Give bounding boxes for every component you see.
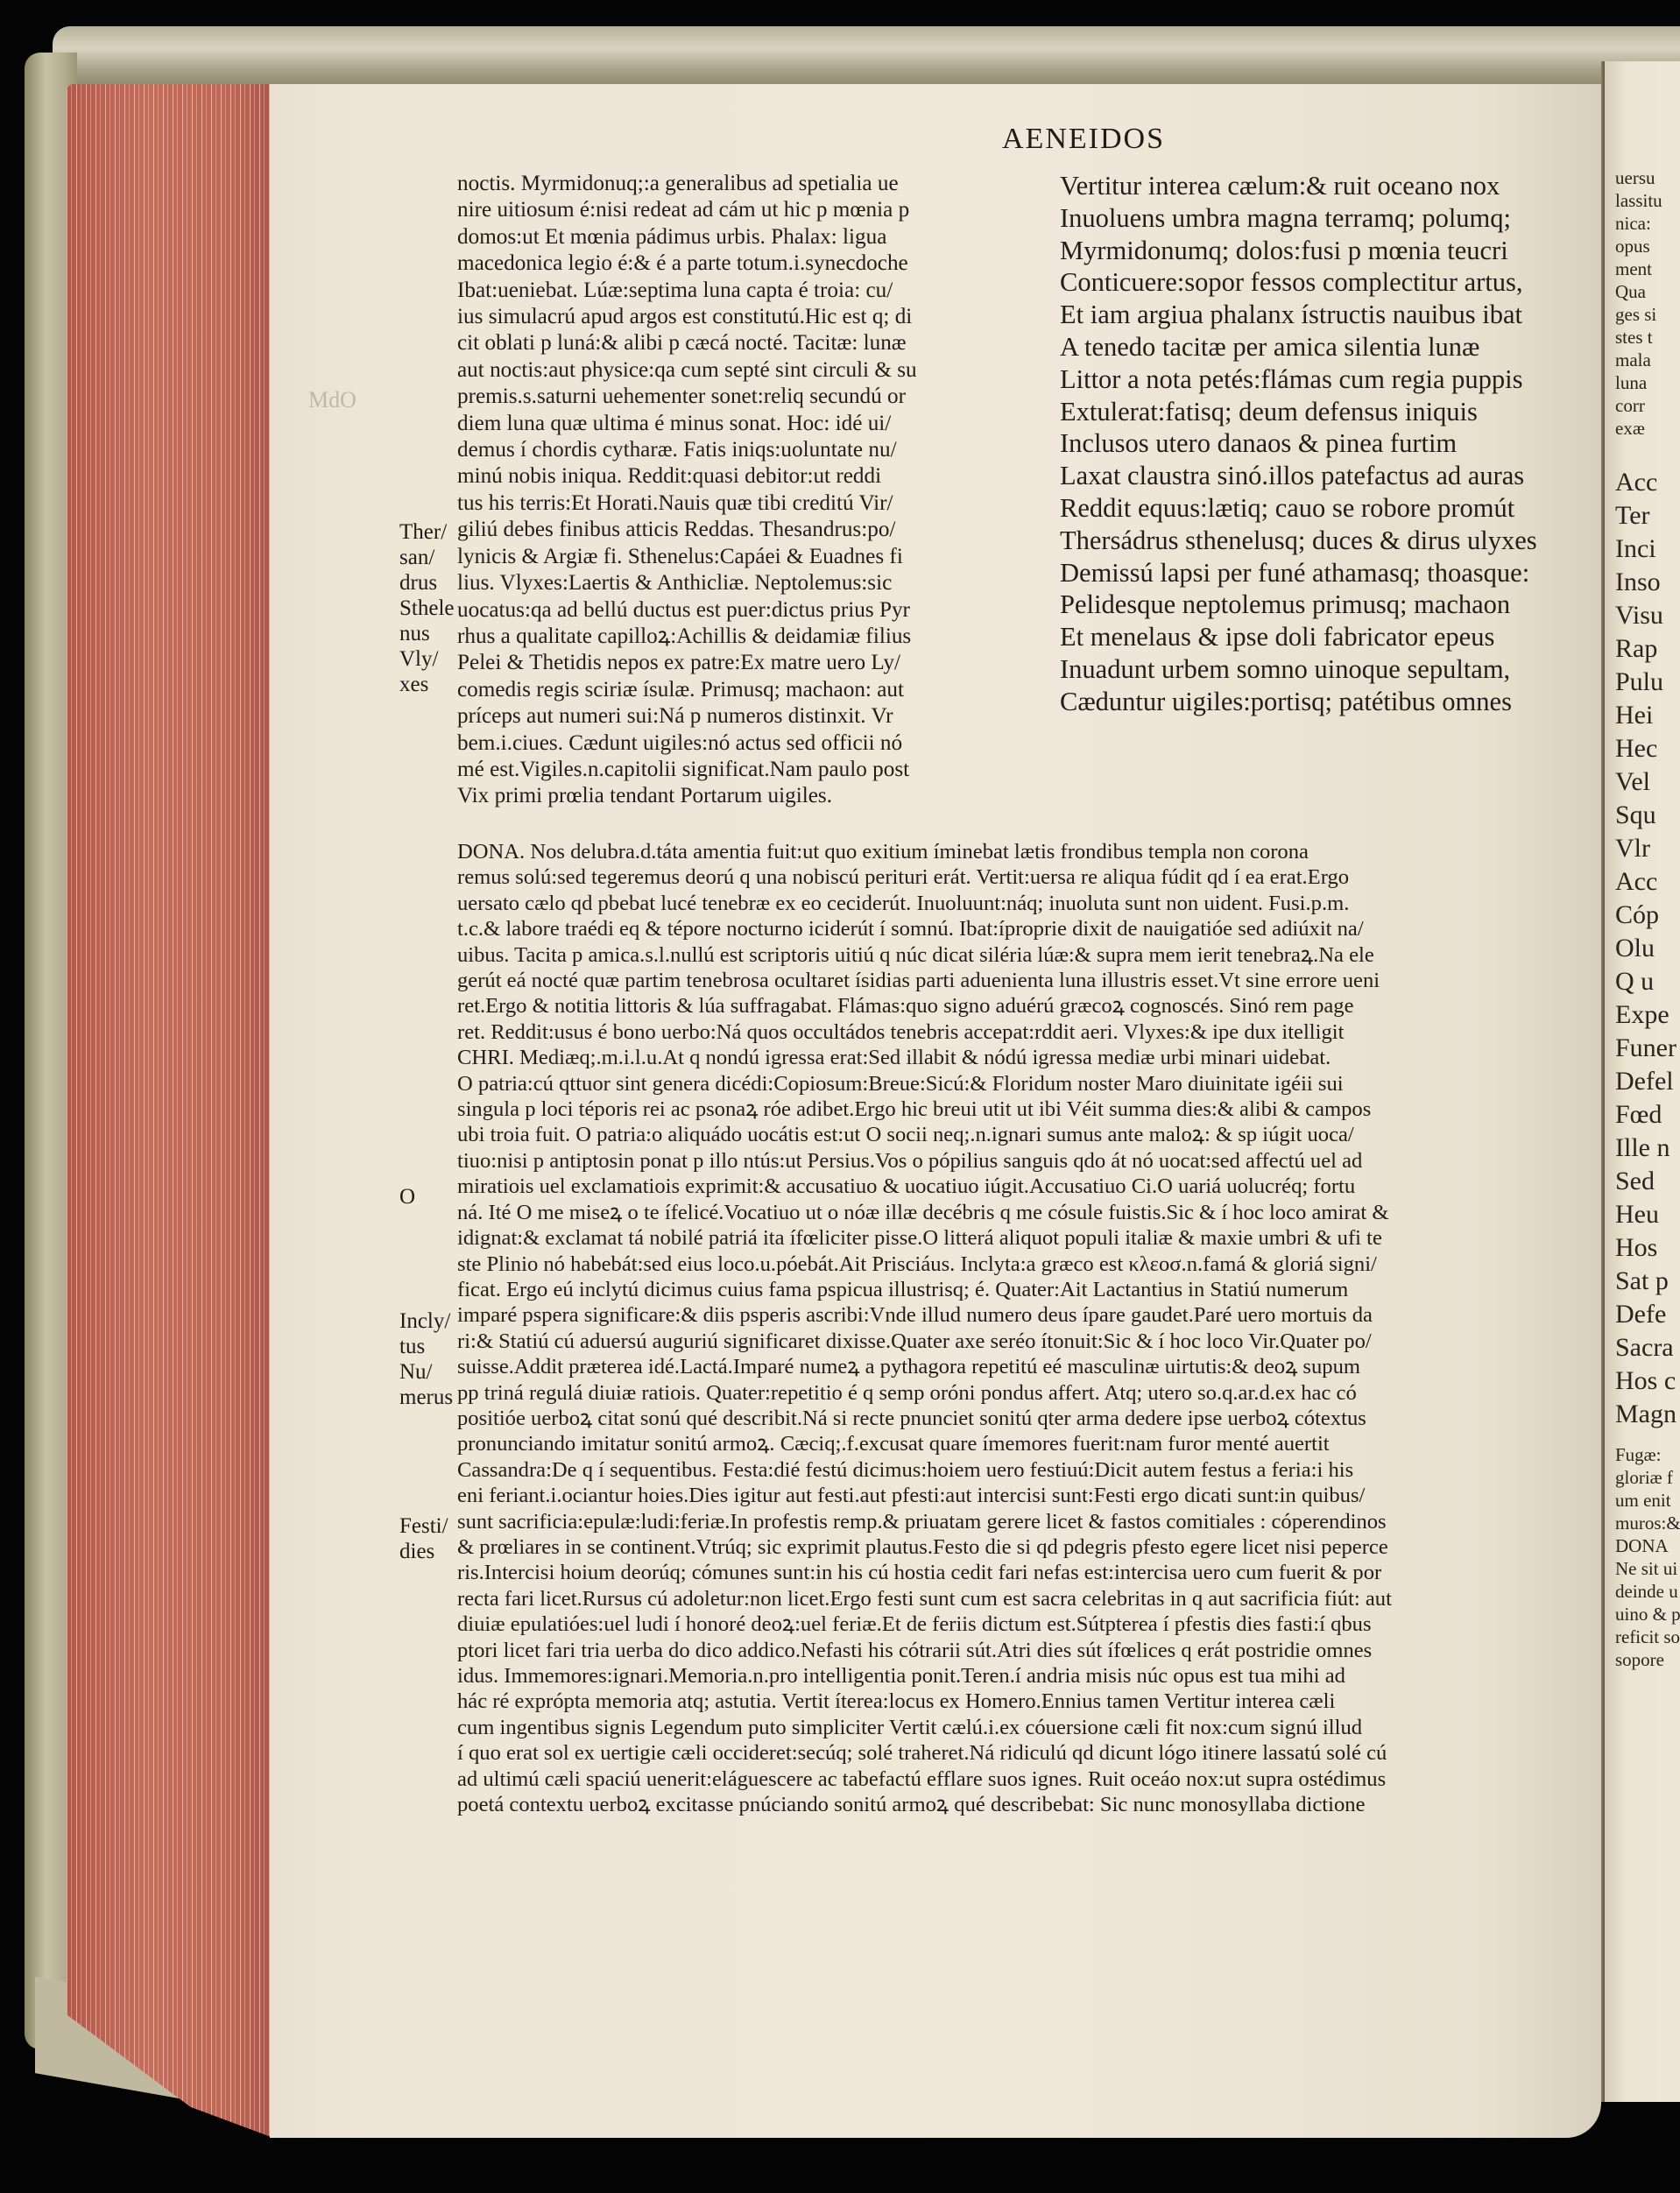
marginal-note-line: dies [399,1539,448,1564]
verse-line: A tenedo tacitæ per amica silentia lunæ [1060,331,1603,363]
verse-line: Conticuere:sopor fessos complectitur art… [1060,266,1603,299]
facing-page-fragment: Sed [1605,1165,1680,1198]
commentary-line: sunt sacrificia:epulæ:ludi:feriæ.In prof… [457,1509,1605,1534]
commentary-line: ad ultimú cæli spaciú uenerit:eláguescer… [457,1766,1605,1792]
commentary-line: minú nobis iniqua. Reddit:quasi debitor:… [457,463,1035,490]
verse-line: Pelidesque neptolemus primusq; machaon [1060,589,1603,621]
running-head: AENEIDOS [1002,123,1165,156]
facing-page-fragment: Fugæ: [1605,1443,1680,1466]
facing-page-fragment: uersu [1605,166,1680,189]
commentary-line: recta fari licet.Rursus cú adoletur:non … [457,1586,1605,1611]
commentary-line: cit oblati p luná:& alibi p cæcá nocté. … [457,330,1035,356]
marginal-note: Festi/dies [399,1513,448,1564]
commentary-line: uocatus:qa ad bellú ductus est puer:dict… [457,597,1035,624]
commentary-line: pronunciando imitatur sonitú armoꝝ. Cæci… [457,1431,1605,1456]
facing-page-fragment: Squ [1605,799,1680,832]
facing-page-fragment: Sacra [1605,1331,1680,1364]
facing-page-fragment: Hos [1605,1231,1680,1265]
commentary-line: premis.s.saturni uehementer sonet:reliq … [457,384,1035,410]
commentary-line: ste Plinio nó habebát:sed eius loco.u.pó… [457,1252,1605,1277]
facing-page-fragment: Vlr [1605,832,1680,865]
commentary-line: CHRI. Mediæq;.m.i.l.u.At q nondú igressa… [457,1045,1605,1070]
commentary-line: singula p loci téporis rei ac psonaꝝ róe… [457,1096,1605,1122]
verse-line: Laxat claustra sinó.illos patefactus ad … [1060,460,1603,492]
commentary-line: Vix primi prœlia tendant Portarum uigile… [457,783,1035,809]
commentary-line: giliú debes finibus atticis Reddas. Thes… [457,517,1035,543]
facing-page-fragment: Ter [1605,499,1680,532]
verse-line: Vertitur interea cælum:& ruit oceano nox [1060,170,1603,202]
verse-line: Et menelaus & ipse doli fabricator epeus [1060,621,1603,653]
facing-page-fragment: Heu [1605,1198,1680,1231]
verse-line: Myrmidonumq; dolos:fusi p mœnia teucri [1060,235,1603,267]
commentary-line: positióe uerboꝝ citat sonú qué describit… [457,1406,1605,1431]
commentary-line: tus his terris:Et Horati.Nauis quæ tibi … [457,490,1035,517]
marginal-note-line: Festi/ [399,1513,448,1539]
verse-line: Inuoluens umbra magna terramq; polumq; [1060,202,1603,235]
marginal-note-line: Sthele [399,596,455,621]
commentary-line: ptori licet fari tria uerba do dico addi… [457,1638,1605,1663]
facing-page-commentary: Fugæ:gloriæ fum enitmuros:&DONANe sit ui… [1605,1443,1680,1671]
marginal-note-line: nus [399,621,455,646]
commentary-line: poetá contextu uerboꝝ excitasse pnúciand… [457,1792,1605,1817]
commentary-line: DONA. Nos delubra.d.táta amentia fuit:ut… [457,839,1605,864]
commentary-line: miratiois uel exclamatiois exprimit:& ac… [457,1174,1605,1199]
commentary-line: remus solú:sed tegeremus deorú q una nob… [457,864,1605,890]
marginal-note-line: xes [399,672,455,697]
red-page-edges [67,84,273,2138]
marginal-note-line: Nu/ [399,1359,453,1385]
commentary-line: ris.Intercisi hoium deorúq; cómunes sunt… [457,1560,1605,1585]
marginal-note-line: Vly/ [399,646,455,672]
commentary-line: imparé pspera significare:& diis psperis… [457,1302,1605,1328]
facing-page-fragment: Ne sit ui [1605,1557,1680,1580]
commentary-line: suisse.Addit præterea idé.Lactá.Imparé n… [457,1354,1605,1379]
facing-page-fragment: Defel [1605,1065,1680,1098]
commentary-line: t.c.& labore traédi eq & tépore nocturno… [457,916,1605,941]
commentary-line: comedis regis sciriæ ísulæ. Primusq; mac… [457,677,1035,703]
verse-line: Littor a nota petés:flámas cum regia pup… [1060,363,1603,396]
facing-page-fragment: Qua [1605,280,1680,303]
commentary-line: príceps aut numeri sui:Ná p numeros dist… [457,703,1035,730]
marginal-note: Incly/tusNu/merus [399,1308,453,1410]
commentary-top-block: noctis. Myrmidonuq;:a generalibus ad spe… [457,171,1035,810]
facing-page-fragment: Vel [1605,765,1680,799]
facing-page-fragment: muros:& [1605,1512,1680,1534]
facing-page-text-top: uersulassitunica:opusmentQuages sistes t… [1605,166,1680,440]
facing-page-fragment: Inso [1605,566,1680,599]
commentary-line: & prœliares in se continent.Vtrúq; sic e… [457,1534,1605,1560]
facing-page-fragment: Hec [1605,732,1680,765]
facing-page-fragment: ges si [1605,303,1680,326]
facing-page-fragment: deinde u [1605,1580,1680,1603]
facing-page-fragment: Magn [1605,1398,1680,1431]
commentary-line: bem.i.ciues. Cædunt uigiles:nó actus sed… [457,730,1035,757]
verse-line: Reddit equus:lætiq; cauo se robore promú… [1060,492,1603,525]
facing-page-fragment: um enit [1605,1489,1680,1512]
commentary-line: uibus. Tacita p amica.s.l.nullú est scri… [457,942,1605,968]
facing-page-fragment: Pulu [1605,666,1680,699]
facing-page-fragment: Visu [1605,599,1680,632]
commentary-line: gerút eá nocté quæ partim tenebrosa ocul… [457,968,1605,993]
commentary-line: idignat:& exclamat tá nobilé patriá ita … [457,1225,1605,1251]
facing-page-fragment: Acc [1605,865,1680,899]
verse-line: Cæduntur uigiles:portisq; patétibus omne… [1060,686,1603,718]
commentary-full-width-block: DONA. Nos delubra.d.táta amentia fuit:ut… [457,839,1605,1817]
facing-page-fragment: stes t [1605,326,1680,349]
marginal-note-line: tus [399,1334,453,1359]
facing-page-verse: AccTerInciInsoVisuRapPuluHeiHecVelSquVlr… [1605,466,1680,1431]
verse-line: Inclusos utero danaos & pinea furtim [1060,427,1603,460]
commentary-line: O patria:cú qttuor sint genera dicédi:Co… [457,1071,1605,1096]
facing-page-fragment: ment [1605,257,1680,280]
facing-page-fragment: DONA [1605,1534,1680,1557]
commentary-line: demus í chordis cytharæ. Fatis iniqs:uol… [457,437,1035,463]
marginal-note-line: san/ [399,545,455,570]
verse-block: Vertitur interea cælum:& ruit oceano nox… [1060,170,1603,718]
commentary-line: hác ré exprópta memoria atq; astutia. Ve… [457,1689,1605,1714]
facing-page-edge: uersulassitunica:opusmentQuages sistes t… [1605,61,1680,2102]
commentary-line: domos:ut Et mœnia pádimus urbis. Phalax:… [457,224,1035,250]
commentary-line: uersato cælo qd pbebat lucé tenebræ ex e… [457,891,1605,916]
marginal-note-line: drus [399,570,455,596]
facing-page-fragment: Fœd [1605,1098,1680,1132]
facing-page-fragment: Inci [1605,532,1680,566]
commentary-line: ret.Ergo & notitia littoris & lúa suffra… [457,993,1605,1019]
marginal-note: Ther/san/drusSthelenusVly/xes [399,519,455,697]
facing-page-fragment: Olu [1605,932,1680,965]
verse-line: Et iam argiua phalanx ístructis nauibus … [1060,299,1603,331]
commentary-line: eni feriant.i.ociantur hoies.Dies igitur… [457,1483,1605,1508]
commentary-line: noctis. Myrmidonuq;:a generalibus ad spe… [457,171,1035,197]
commentary-line: ri:& Statiú cú aduersú auguriú significa… [457,1329,1605,1354]
facing-page-fragment: Q u [1605,965,1680,998]
facing-page-fragment: Rap [1605,632,1680,666]
verse-line: Demissú lapsi per funé athamasq; thoasqu… [1060,557,1603,589]
commentary-line: nire uitiosum é:nisi redeat ad cám ut hi… [457,197,1035,223]
vellum-binding-top [53,26,1680,89]
verse-line: Extulerat:fatisq; deum defensus iniquis [1060,396,1603,428]
facing-page-fragment: gloriæ f [1605,1466,1680,1489]
commentary-line: mé est.Vigiles.n.capitolii significat.Na… [457,757,1035,783]
commentary-line: cum ingentibus signis Legendum puto simp… [457,1715,1605,1740]
facing-page-fragment: corr [1605,394,1680,417]
commentary-line: macedonica legio é:& é a parte totum.i.s… [457,250,1035,277]
commentary-line: rhus a qualitate capilloꝝ:Achillis & dei… [457,624,1035,650]
marginal-note-line: Incly/ [399,1308,453,1334]
marginal-note: O [399,1184,415,1209]
commentary-line: diuiæ epulatióes:uel ludi í honoré deoꝝ:… [457,1611,1605,1637]
facing-page-fragment: uino & p [1605,1603,1680,1625]
facing-page-fragment: reficit so [1605,1625,1680,1648]
commentary-line: idus. Immemores:ignari.Memoria.n.pro int… [457,1663,1605,1689]
facing-page-fragment: sopore [1605,1648,1680,1671]
commentary-line: ná. Ité O me miseꝝ o te ífelicé.Vocatiuo… [457,1200,1605,1225]
facing-page-fragment: Funer [1605,1032,1680,1065]
verse-line: Thersádrus sthenelusq; duces & dirus uly… [1060,525,1603,557]
ghost-show-through-mark: MdO [308,387,356,413]
commentary-line: tiuo:nisi p antiptosin ponat p illo ntús… [457,1148,1605,1174]
facing-page-fragment: nica: [1605,212,1680,235]
marginal-note-line: Ther/ [399,519,455,545]
facing-page-fragment: Cóp [1605,899,1680,932]
facing-page-fragment: Defe [1605,1298,1680,1331]
facing-page-fragment: lassitu [1605,189,1680,212]
verse-line: Inuadunt urbem somno uinoque sepultam, [1060,653,1603,686]
commentary-line: Pelei & Thetidis nepos ex patre:Ex matre… [457,650,1035,676]
facing-page-fragment: Hei [1605,699,1680,732]
commentary-line: ubi troia fuit. O patria:o aliquádo uocá… [457,1122,1605,1147]
facing-page-fragment: mala [1605,349,1680,371]
facing-page-fragment: luna [1605,371,1680,394]
commentary-line: ficat. Ergo eú inclytú dicimus cuius fam… [457,1277,1605,1302]
facing-page-fragment: opus [1605,235,1680,257]
facing-page-fragment: exæ [1605,417,1680,440]
facing-page-fragment: Expe [1605,998,1680,1032]
commentary-line: lius. Vlyxes:Laertis & Anthicliæ. Neptol… [457,570,1035,596]
commentary-line: ret. Reddit:usus é bono uerbo:Ná quos oc… [457,1019,1605,1045]
commentary-line: Cassandra:De q í sequentibus. Festa:dié … [457,1457,1605,1483]
commentary-line: aut noctis:aut physice:qa cum septé sint… [457,357,1035,384]
commentary-line: lynicis & Argiæ fi. Sthenelus:Capáei & E… [457,544,1035,570]
facing-page-fragment: Ille n [1605,1132,1680,1165]
facing-page-fragment: Acc [1605,466,1680,499]
facing-page-fragment: Sat p [1605,1265,1680,1298]
commentary-line: ius simulacrú apud argos est constitutú.… [457,304,1035,330]
marginal-note-line: O [399,1184,415,1209]
marginal-note-line: merus [399,1385,453,1410]
commentary-line: pp triná regulá diuiæ ratiois. Quater:re… [457,1380,1605,1406]
facing-page-fragment: Hos c [1605,1364,1680,1398]
commentary-line: Ibat:ueniebat. Lúæ:septima luna capta é … [457,278,1035,304]
commentary-line: í quo erat sol ex uertigie cæli occidere… [457,1740,1605,1766]
commentary-line: diem luna quæ ultima é minus sonat. Hoc:… [457,411,1035,437]
